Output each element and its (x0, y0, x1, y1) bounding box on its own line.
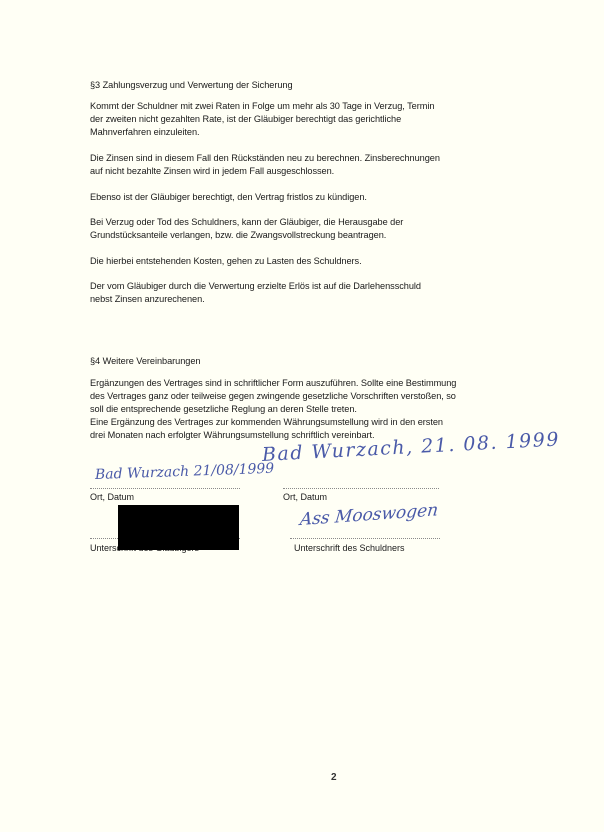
s4-line2: des Vertrages ganz oder teilweise gegen … (90, 390, 456, 403)
place-date-line-right (283, 488, 439, 489)
s3-p4-line2: Grundstücksanteile verlangen, bzw. die Z… (90, 229, 386, 242)
s3-p2-line2: auf nicht bezahlte Zinsen wird in jedem … (90, 165, 334, 178)
redaction-box (118, 505, 239, 550)
s3-p3-line1: Ebenso ist der Gläubiger berechtigt, den… (90, 191, 367, 204)
handwritten-signature-debtor: Ass Mooswogen (299, 500, 439, 530)
s4-line1: Ergänzungen des Vertrages sind in schrif… (90, 377, 456, 390)
place-date-label-right: Ort, Datum (283, 492, 327, 502)
place-date-label-left: Ort, Datum (90, 492, 134, 502)
place-date-line-left (90, 488, 240, 489)
section-3-heading: §3 Zahlungsverzug und Verwertung der Sic… (90, 79, 293, 92)
s4-line4: Eine Ergänzung des Vertrages zur kommend… (90, 416, 443, 429)
s3-p1-line1: Kommt der Schuldner mit zwei Raten in Fo… (90, 100, 434, 113)
s3-p1-line2: der zweiten nicht gezahlten Rate, ist de… (90, 113, 401, 126)
s3-p4-line1: Bei Verzug oder Tod des Schuldners, kann… (90, 216, 403, 229)
signature-line-right (290, 538, 440, 539)
s3-p6-line2: nebst Zinsen anzurechenen. (90, 293, 205, 306)
s4-line3: soll die entsprechende gesetzliche Reglu… (90, 403, 357, 416)
s3-p1-line3: Mahnverfahren einzuleiten. (90, 126, 200, 139)
page-number: 2 (331, 772, 337, 783)
s3-p2-line1: Die Zinsen sind in diesem Fall den Rücks… (90, 152, 440, 165)
handwritten-place-date-left: Bad Wurzach 21/08/1999 (95, 461, 275, 483)
s3-p5-line1: Die hierbei entstehenden Kosten, gehen z… (90, 255, 362, 268)
signature-label-debtor: Unterschrift des Schuldners (294, 543, 405, 553)
s3-p6-line1: Der vom Gläubiger durch die Verwertung e… (90, 280, 421, 293)
document-page: §3 Zahlungsverzug und Verwertung der Sic… (0, 0, 604, 832)
section-4-heading: §4 Weitere Vereinbarungen (90, 355, 200, 368)
